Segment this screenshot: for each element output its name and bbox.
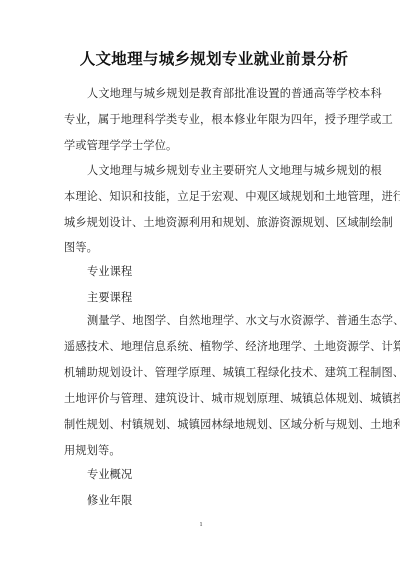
courses-line-3: 机辅助规划设计、管理学原理、城镇工程绿化技术、建筑工程制图、 [64,366,332,380]
paragraph-1-line-3: 学或管理学学士学位。 [64,139,332,153]
courses-line-6: 用规划等。 [64,444,332,458]
document-title: 人文地理与城乡规划专业就业前景分析 [0,47,400,69]
section-heading-duration: 修业年限 [87,494,332,508]
paragraph-2-line-4: 图等。 [64,241,332,255]
paragraph-2-line-3: 城乡规划设计、土地资源利用和规划、旅游资源规划、区域制绘制 [64,216,332,230]
paragraph-1-line-2: 专业，属于地理科学类专业，根本修业年限为四年，授予理学或工 [64,113,332,127]
section-heading-overview: 专业概况 [87,468,332,482]
courses-line-1: 测量学、地图学、自然地理学、水文与水资源学、普通生态学、 [87,314,332,328]
paragraph-2-line-1: 人文地理与城乡规划专业主要研究人文地理与城乡规划的根 [87,164,332,178]
courses-line-5: 制性规划、村镇规划、城镇园林绿地规划、区域分析与规划、土地利 [64,418,332,432]
paragraph-1-line-1: 人文地理与城乡规划是教育部批准设置的普通高等学校本科 [87,87,332,101]
courses-line-4: 土地评价与管理、建筑设计、城市规划原理、城镇总体规划、城镇控 [64,392,332,406]
courses-line-2: 遥感技术、地理信息系统、植物学、经济地理学、土地资源学、计算 [64,340,332,354]
document-page: 人文地理与城乡规划专业就业前景分析 人文地理与城乡规划是教育部批准设置的普通高等… [0,0,400,565]
section-heading-main-courses: 主要课程 [87,291,332,305]
section-heading-courses: 专业课程 [87,265,332,279]
paragraph-2-line-2: 本理论、知识和技能，立足于宏观、中观区域规划和土地管理，进行 [64,190,332,204]
page-number: 1 [0,522,400,528]
